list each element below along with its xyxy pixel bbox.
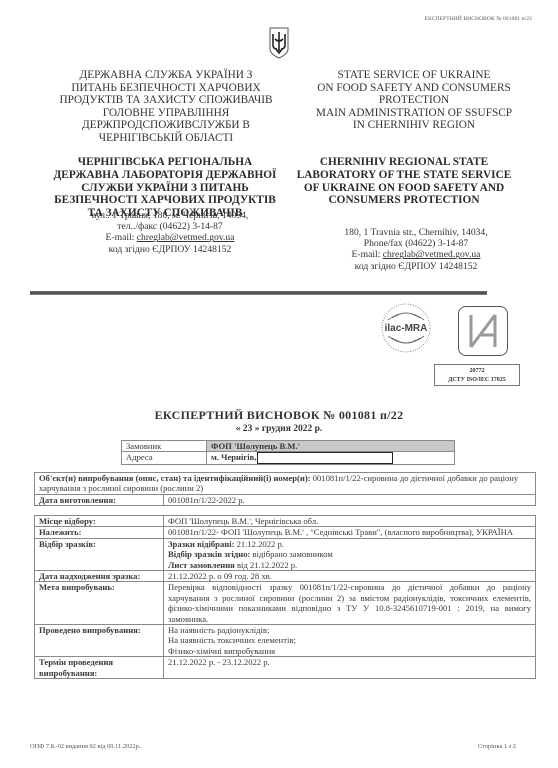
tests-cell: На наявність радіонуклідів; На наявність… (164, 625, 536, 657)
lab-en-line: CONSUMERS PROTECTION (284, 194, 524, 207)
lab-en-line: LABORATORY OF THE STATE SERVICE (284, 169, 524, 182)
purpose-label: Мета випробувань: (35, 582, 164, 625)
manufacture-date-label: Дата виготовлення: (35, 494, 164, 505)
phone-en: Phone/fax (04622) 3-14-87 (296, 238, 536, 249)
footer-form-reference: ОПФ 7.8.-02 видання 02 від 09.11.2022р.. (30, 743, 142, 750)
table-row: Дата надходження зразка: 21.12.2022 р. о… (35, 571, 536, 582)
period-label: Термін проведення випробування: (35, 657, 164, 679)
redacted-box (257, 452, 393, 464)
cert-number: 20772 (435, 367, 519, 376)
agency-ua-line: ПИТАНЬ БЕЗПЕЧНОСТІ ХАРЧОВИХ (44, 82, 288, 95)
table-row: Мета випробувань: Перевірка відповідност… (35, 582, 536, 625)
address-label: Адреса (122, 452, 207, 465)
table-row: Місце відбору: ФОП 'Шолупець В.М.', Черн… (35, 516, 536, 527)
email-link-en[interactable]: chreglab@vetmed.gov.ua (383, 249, 481, 260)
address-en: 180, 1 Travnia str., Chernihiv, 14034, (296, 227, 536, 238)
belongs-label: Належить: (35, 527, 164, 538)
purpose-value: Перевірка відповідності зразку 001081п/1… (164, 582, 536, 625)
order-value: від 21.12.2022 р. (235, 560, 297, 570)
table-row: Проведено випробування: На наявність рад… (35, 625, 536, 657)
agency-name-ua: ДЕРЖАВНА СЛУЖБА УКРАЇНИ З ПИТАНЬ БЕЗПЕЧН… (44, 69, 288, 145)
lab-en-line: OF UKRAINE ON FOOD SAFETY AND (284, 182, 524, 195)
test-details-table: Місце відбору: ФОП 'Шолупець В.М.', Черн… (34, 515, 536, 679)
ilac-mra-logo-icon: ilac-MRA (378, 302, 434, 354)
sampled-by-value: відібрано замовником (250, 549, 332, 559)
cert-standard: ДСТУ ISO/IEC 17025 (435, 376, 519, 385)
sampling-place-value: ФОП 'Шолупець В.М.', Чернігівська обл. (164, 516, 536, 527)
laboratory-name-en: CHERNIHIV REGIONAL STATE LABORATORY OF T… (284, 156, 524, 207)
email-link-ua[interactable]: chreglab@vetmed.gov.ua (137, 232, 235, 243)
test-item: Фізико-хімічні випробування (168, 646, 531, 656)
agency-en-line: PROTECTION (296, 94, 532, 107)
address-value: м. Чернігів, (211, 452, 256, 462)
test-object-cell: Об'єкт(и) випробування (опис, стан) та і… (35, 473, 536, 495)
lab-en-line: CHERNIHIV REGIONAL STATE (284, 156, 524, 169)
table-row: Адреса м. Чернігів, (122, 452, 455, 465)
header-divider (30, 291, 487, 295)
order-key: Лист замовлення (168, 560, 235, 570)
trident-coat-of-arms-icon (269, 27, 289, 59)
table-row: Замовник ФОП 'Шолупець В.М.' (122, 441, 455, 452)
test-item: На наявність токсичних елементів; (168, 635, 531, 645)
table-row: Дата виготовлення: 001081п/1/22-2022 р. (35, 494, 536, 505)
contacts-en: 180, 1 Travnia str., Chernihiv, 14034, P… (296, 227, 536, 272)
customer-value: ФОП 'Шолупець В.М.' (207, 441, 455, 452)
national-accreditation-agency-logo-icon (458, 306, 508, 356)
sampling-cell: Зразки відібрані: 21.12.2022 р. Відбір з… (164, 538, 536, 570)
agency-name-en: STATE SERVICE OF UKRAINE ON FOOD SAFETY … (296, 69, 532, 132)
agency-ua-line: ЧЕРНІГІВСЬКІЙ ОБЛАСТІ (44, 132, 288, 145)
agency-ua-line: ДЕРЖПРОДСПОЖИВСЛУЖБИ В (44, 119, 288, 132)
agency-ua-line: ГОЛОВНЕ УПРАВЛІННЯ (44, 107, 288, 120)
document-title: ЕКСПЕРТНИЙ ВИСНОВОК № 001081 п/22 (0, 408, 558, 423)
test-object-label: Об'єкт(и) випробування (опис, стан) та і… (39, 473, 311, 483)
manufacture-date-value: 001081п/1/22-2022 р. (164, 494, 536, 505)
address-cell: м. Чернігів, (207, 452, 455, 465)
received-value: 21.12.2022 р. о 09 год. 28 хв. (164, 571, 536, 582)
customer-label: Замовник (122, 441, 207, 452)
tests-label: Проведено випробування: (35, 625, 164, 657)
agency-en-line: STATE SERVICE OF UKRAINE (296, 69, 532, 82)
agency-ua-line: ПРОДУКТІВ ТА ЗАХИСТУ СПОЖИВАЧІВ (44, 94, 288, 107)
contacts-ua: вул.. 1 Травня, 180, м. Чернігів, 14034,… (60, 210, 280, 255)
test-item: На наявність радіонуклідів; (168, 625, 531, 635)
table-row: Відбір зразків: Зразки відібрані: 21.12.… (35, 538, 536, 570)
address-ua: вул.. 1 Травня, 180, м. Чернігів, 14034, (60, 210, 280, 221)
phone-ua: тел../факс (04622) 3-14-87 (60, 221, 280, 232)
table-row: Належить: 001081п/1/22- ФОП 'Шолупець В.… (35, 527, 536, 538)
client-table: Замовник ФОП 'Шолупець В.М.' Адреса м. Ч… (121, 440, 455, 465)
agency-en-line: IN CHERNIHIV REGION (296, 119, 532, 132)
sampled-by-key: Відбір зразків згідно: (168, 549, 250, 559)
footer-page-number: Сторінка 1 з 2 (478, 743, 516, 750)
test-object-table: Об'єкт(и) випробування (опис, стан) та і… (34, 472, 536, 506)
email-label-en: E-mail: (352, 249, 383, 260)
svg-text:ilac-MRA: ilac-MRA (385, 323, 428, 334)
table-row: Термін проведення випробування: 21.12.20… (35, 657, 536, 679)
agency-en-line: ON FOOD SAFETY AND CONSUMERS (296, 82, 532, 95)
period-value: 21.12.2022 р. - 23.12.2022 р. (164, 657, 536, 679)
email-label-ua: E-mail: (106, 232, 137, 243)
lab-ua-line: ЧЕРНІГІВСЬКА РЕГІОНАЛЬНА (38, 156, 292, 169)
sampled-key: Зразки відібрані: (168, 539, 234, 549)
document-date: « 23 » грудня 2022 р. (0, 424, 558, 434)
sampling-place-label: Місце відбору: (35, 516, 164, 527)
lab-ua-line: СЛУЖБИ УКРАЇНИ З ПИТАНЬ (38, 182, 292, 195)
edrpou-code-en: код згідно ЄДРПОУ 14248152 (296, 261, 536, 272)
table-row: Об'єкт(и) випробування (опис, стан) та і… (35, 473, 536, 495)
edrpou-code-ua: код згідно ЄДРПОУ 14248152 (60, 244, 280, 255)
lab-ua-line: БЕЗПЕЧНОСТІ ХАРЧОВИХ ПРОДУКТІВ (38, 194, 292, 207)
accreditation-certificate: 20772 ДСТУ ISO/IEC 17025 (434, 364, 520, 386)
sampled-value: 21.12.2022 р. (234, 539, 283, 549)
agency-en-line: MAIN ADMINISTRATION OF SSUFSCP (296, 107, 532, 120)
received-label: Дата надходження зразка: (35, 571, 164, 582)
belongs-value: 001081п/1/22- ФОП 'Шолупець В.М.' , "Сед… (164, 527, 536, 538)
lab-ua-line: ДЕРЖАВНА ЛАБОРАТОРІЯ ДЕРЖАВНОЇ (38, 169, 292, 182)
page-header-reference: ЕКСПЕРТНИЙ ВИСНОВОК № 001081 п/22 (425, 16, 532, 22)
sampling-label: Відбір зразків: (35, 538, 164, 570)
agency-ua-line: ДЕРЖАВНА СЛУЖБА УКРАЇНИ З (44, 69, 288, 82)
